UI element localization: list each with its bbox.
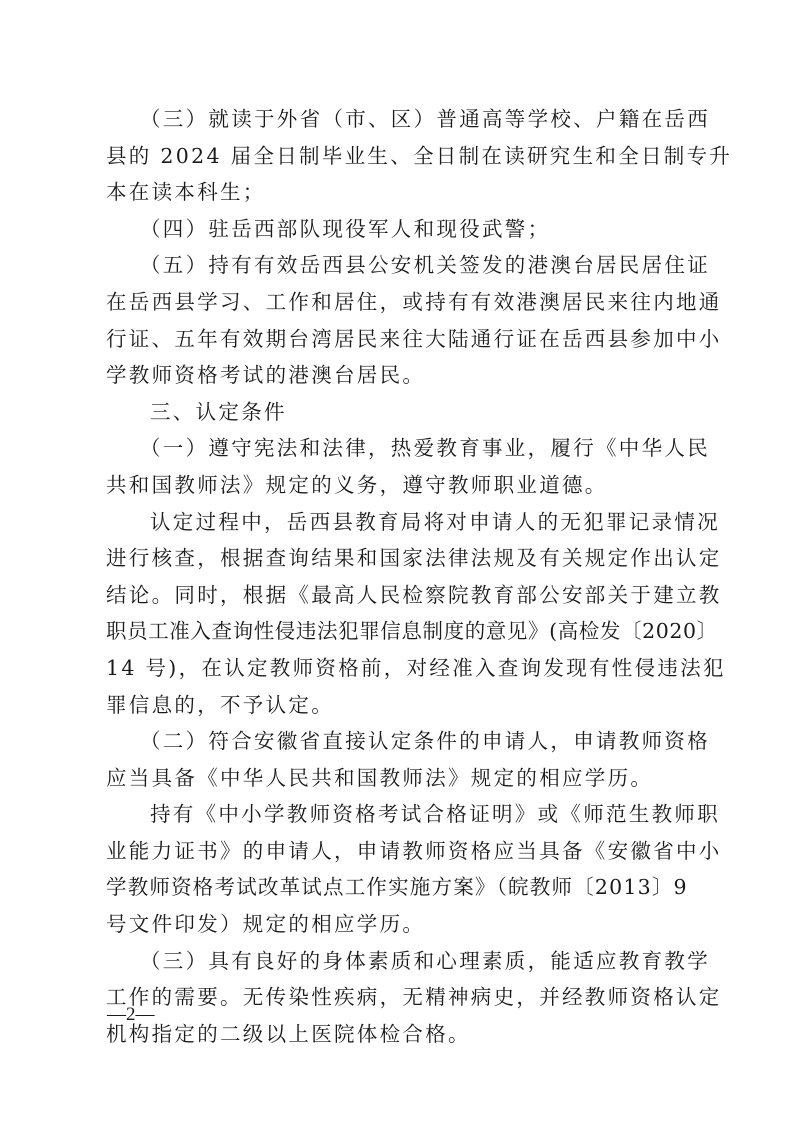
text-line: 罪信息的，不予认定。 xyxy=(106,687,684,724)
text-line: （四）驻岳西部队现役军人和现役武警； xyxy=(106,211,684,248)
text-line: 号文件印发）规定的相应学历。 xyxy=(106,906,684,943)
text-line: （二）符合安徽省直接认定条件的申请人，申请教师资格 xyxy=(106,723,684,760)
section-heading: 三、认定条件 xyxy=(106,394,684,431)
text-line: 共和国教师法》规定的义务，遵守教师职业道德。 xyxy=(106,467,684,504)
text-line: 机构指定的二级以上医院体检合格。 xyxy=(106,1016,684,1053)
text-line: 县的 2024 届全日制毕业生、全日制在读研究生和全日制专升 xyxy=(106,138,684,175)
text-line: 进行核查，根据查询结果和国家法律法规及有关规定作出认定 xyxy=(106,540,684,577)
text-line: 14 号)，在认定教师资格前，对经准入查询发现有性侵违法犯 xyxy=(106,650,684,687)
text-line: 学教师资格考试的港澳台居民。 xyxy=(106,357,684,394)
text-line: 工作的需要。无传染性疾病，无精神病史，并经教师资格认定 xyxy=(106,979,684,1016)
document-body: （三）就读于外省（市、区）普通高等学校、户籍在岳西 县的 2024 届全日制毕业… xyxy=(106,101,684,1052)
text-line: 认定过程中，岳西县教育局将对申请人的无犯罪记录情况 xyxy=(106,504,684,541)
text-line: 学教师资格考试改革试点工作实施方案》（皖教师〔2013〕9 xyxy=(106,869,684,906)
text-line: 持有《中小学教师资格考试合格证明》或《师范生教师职 xyxy=(106,796,684,833)
text-line: （三）就读于外省（市、区）普通高等学校、户籍在岳西 xyxy=(106,101,684,138)
text-line: 结论。同时，根据《最高人民检察院教育部公安部关于建立教 xyxy=(106,577,684,614)
text-line: （三）具有良好的身体素质和心理素质，能适应教育教学 xyxy=(106,943,684,980)
text-line: 在岳西县学习、工作和居住，或持有有效港澳居民来往内地通 xyxy=(106,284,684,321)
text-line: 行证、五年有效期台湾居民来往大陆通行证在岳西县参加中小 xyxy=(106,321,684,358)
text-line: （五）持有有效岳西县公安机关签发的港澳台居民居住证 xyxy=(106,247,684,284)
text-line: 应当具备《中华人民共和国教师法》规定的相应学历。 xyxy=(106,760,684,797)
text-line: 本在读本科生； xyxy=(106,174,684,211)
text-line: （一）遵守宪法和法律，热爱教育事业，履行《中华人民 xyxy=(106,430,684,467)
text-line: 职员工准入查询性侵违法犯罪信息制度的意见》(高检发〔2020〕 xyxy=(106,613,684,650)
page-number: —2— xyxy=(107,1003,155,1027)
text-line: 业能力证书》的申请人，申请教师资格应当具备《安徽省中小 xyxy=(106,833,684,870)
